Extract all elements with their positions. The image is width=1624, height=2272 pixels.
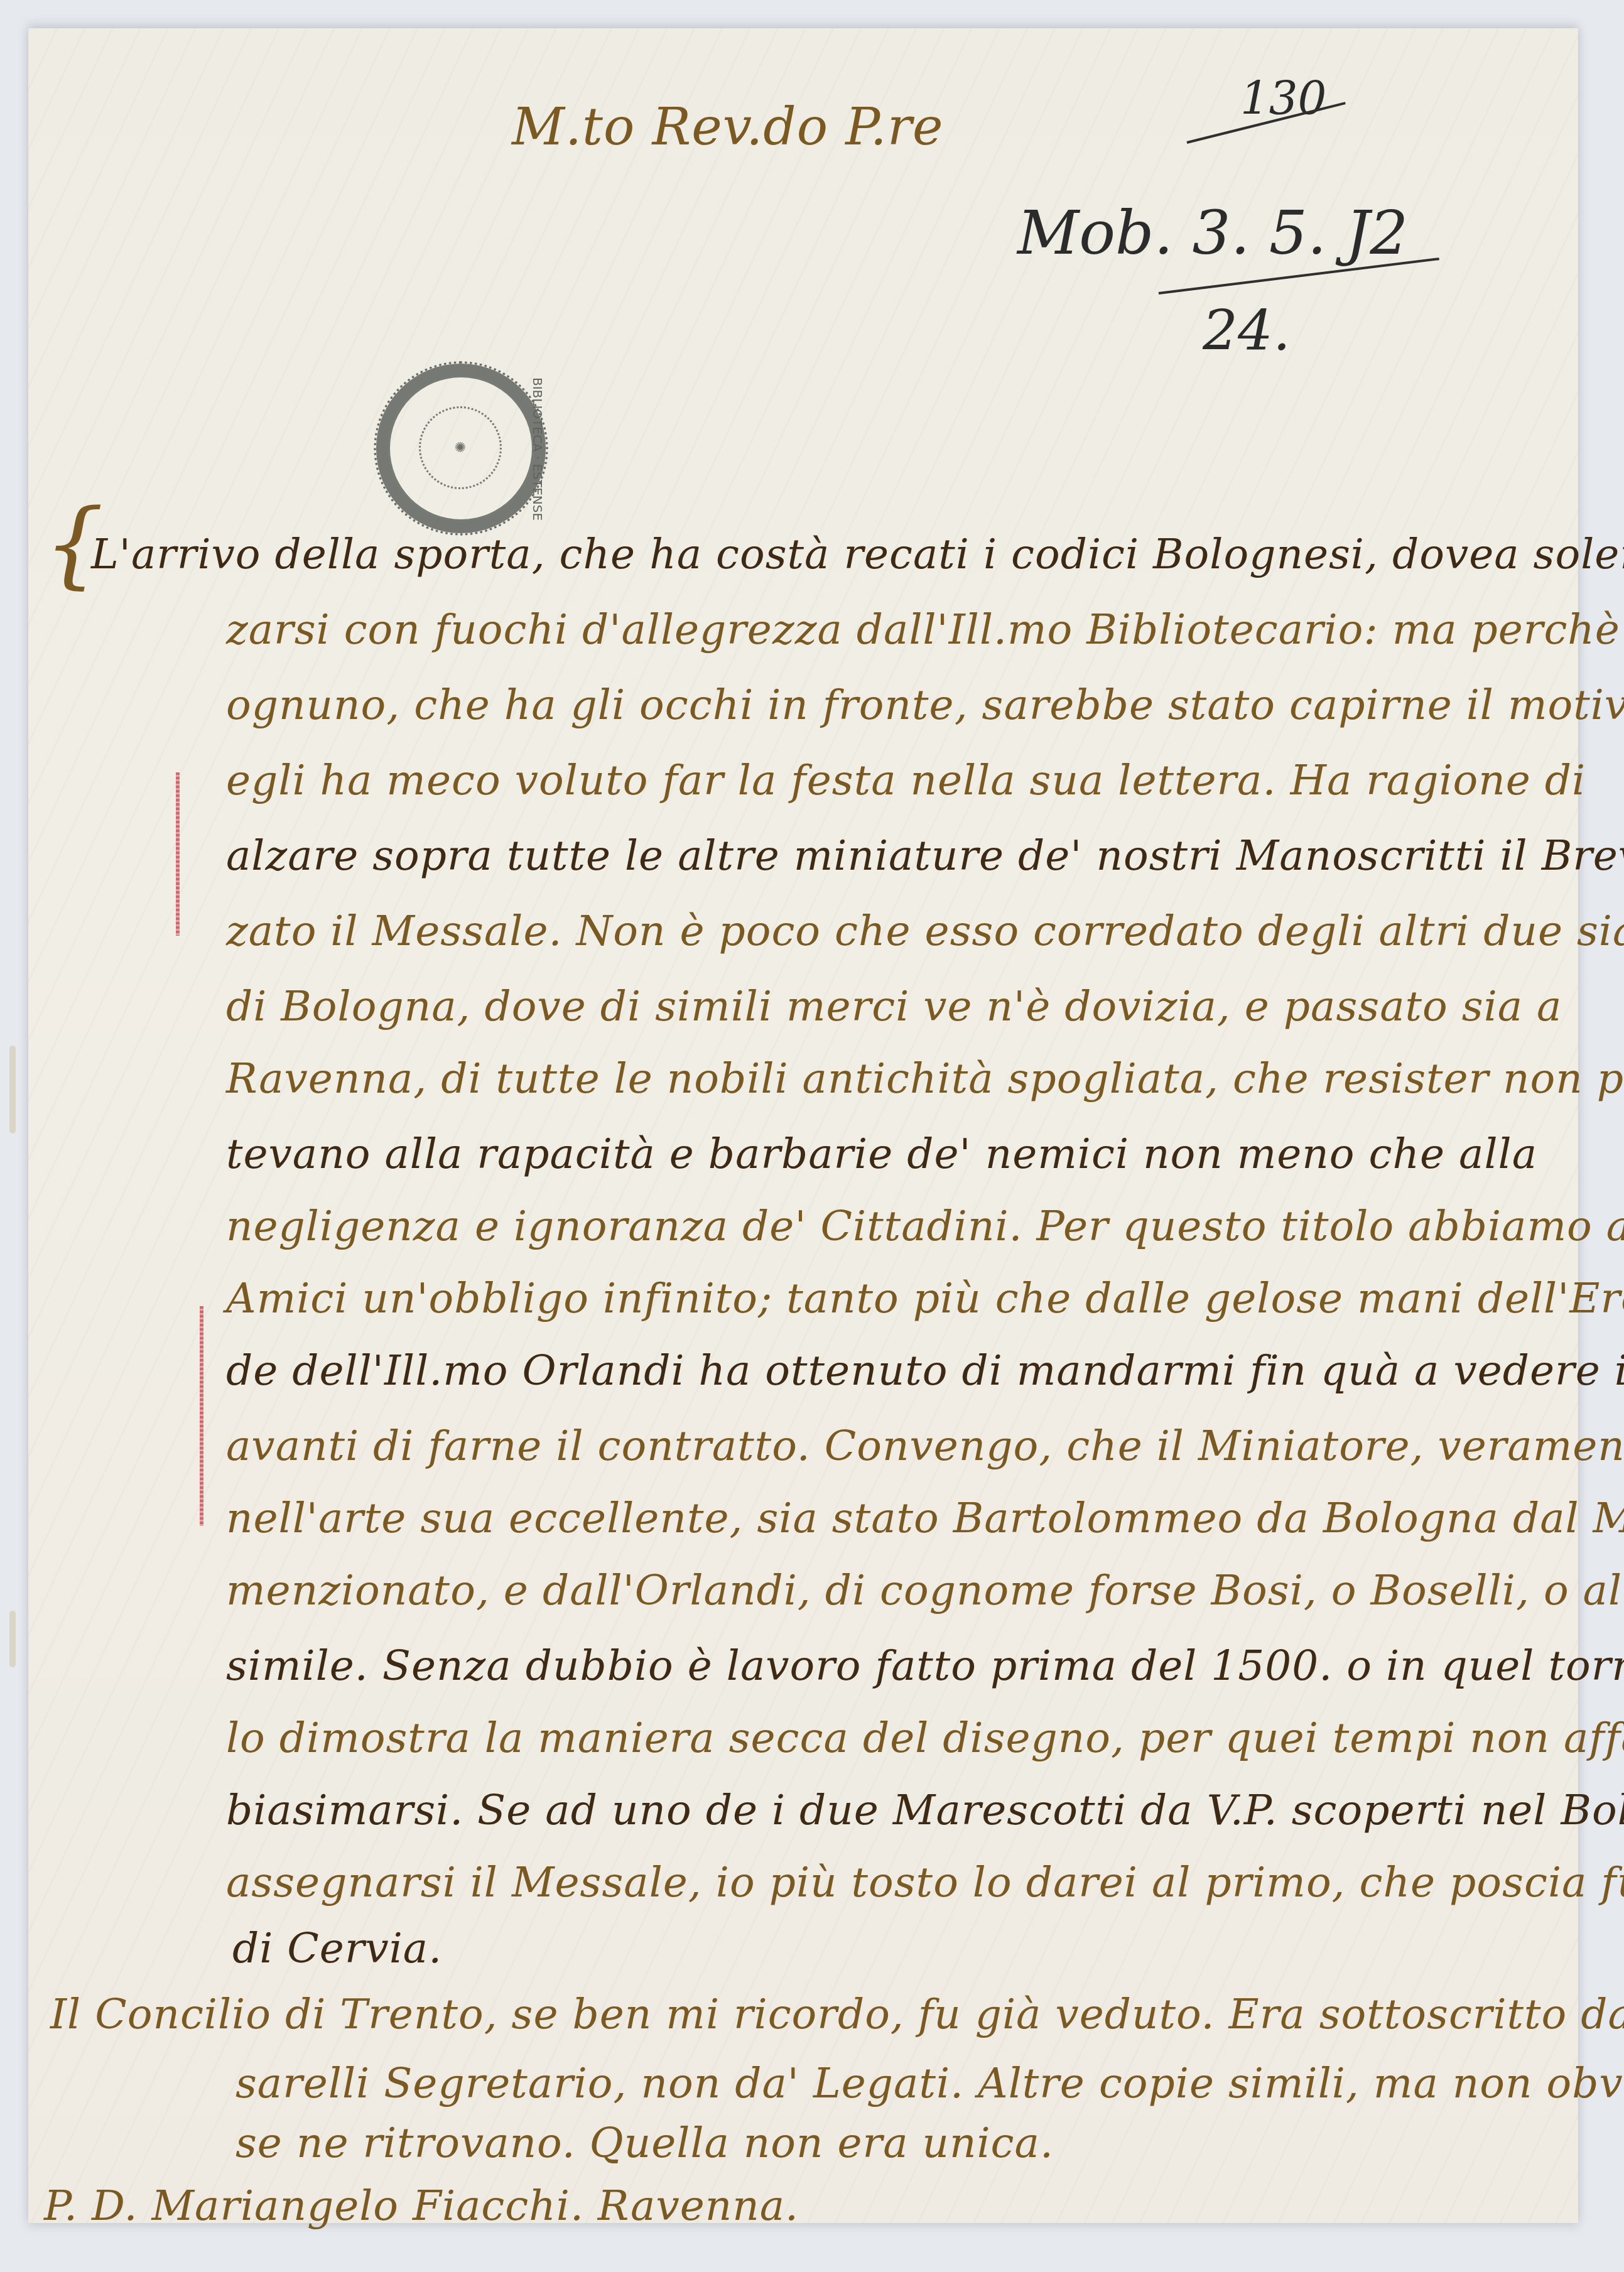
body-line: menzionato, e dall'Orlandi, di cognome f… bbox=[226, 1570, 1624, 1611]
red-pencil-margin-mark bbox=[200, 1306, 203, 1526]
binding-thread bbox=[9, 1046, 16, 1133]
body-line: zarsi con fuochi d'allegrezza dall'Ill.m… bbox=[226, 609, 1624, 651]
postscript-line: sarelli Segretario, non da' Legati. Altr… bbox=[235, 2063, 1624, 2104]
postscript-line: Il Concilio di Trento, se ben mi ricordo… bbox=[50, 1994, 1624, 2035]
body-line: di Cervia. bbox=[232, 1928, 442, 1969]
body-line: assegnarsi il Messale, io più tosto lo d… bbox=[226, 1862, 1624, 1903]
body-line: negligenza e ignoranza de' Cittadini. Pe… bbox=[226, 1206, 1624, 1247]
body-line: simile. Senza dubbio è lavoro fatto prim… bbox=[226, 1645, 1624, 1687]
body-line: nell'arte sua eccellente, sia stato Bart… bbox=[226, 1498, 1624, 1539]
body-line: avanti di farne il contratto. Convengo, … bbox=[226, 1425, 1624, 1467]
body-line: de dell'Ill.mo Orlandi ha ottenuto di ma… bbox=[226, 1350, 1624, 1392]
body-line: lo dimostra la maniera secca del disegno… bbox=[226, 1718, 1624, 1759]
shelfmark: Mob. 3. 5. J2 bbox=[1017, 198, 1408, 268]
letter-sheet: M.to Rev.do P.re 130 Mob. 3. 5. J2 24. B… bbox=[28, 28, 1578, 2223]
addressee: P. D. Mariangelo Fiacchi. Ravenna. bbox=[44, 2185, 799, 2227]
body-line: egli ha meco voluto far la festa nella s… bbox=[226, 760, 1586, 801]
body-line: biasimarsi. Se ad uno de i due Marescott… bbox=[226, 1790, 1624, 1831]
postscript-line: se ne ritrovano. Quella non era unica. bbox=[235, 2123, 1054, 2164]
item-number: 24. bbox=[1203, 298, 1291, 363]
body-line: zato il Messale. Non è poco che esso cor… bbox=[226, 911, 1624, 952]
salutation: M.to Rev.do P.re bbox=[512, 97, 944, 157]
body-line: L'arrivo della sporta, che ha costà reca… bbox=[91, 534, 1624, 575]
body-line: alzare sopra tutte le altre miniature de… bbox=[226, 835, 1624, 877]
red-pencil-margin-mark bbox=[176, 772, 180, 936]
body-line: ognuno, che ha gli occhi in fronte, sare… bbox=[226, 684, 1624, 726]
library-stamp: BIBLIOTECA · ESTENSE ✺ bbox=[374, 361, 548, 536]
body-line: Ravenna, di tutte le nobili antichità sp… bbox=[226, 1058, 1624, 1100]
binding-thread bbox=[9, 1611, 16, 1667]
body-line: di Bologna, dove di simili merci ve n'è … bbox=[226, 986, 1562, 1027]
stamp-emblem-icon: ✺ bbox=[419, 406, 502, 489]
body-line: Amici un'obbligo infinito; tanto più che… bbox=[226, 1278, 1624, 1319]
body-line: tevano alla rapacità e barbarie de' nemi… bbox=[226, 1133, 1537, 1175]
